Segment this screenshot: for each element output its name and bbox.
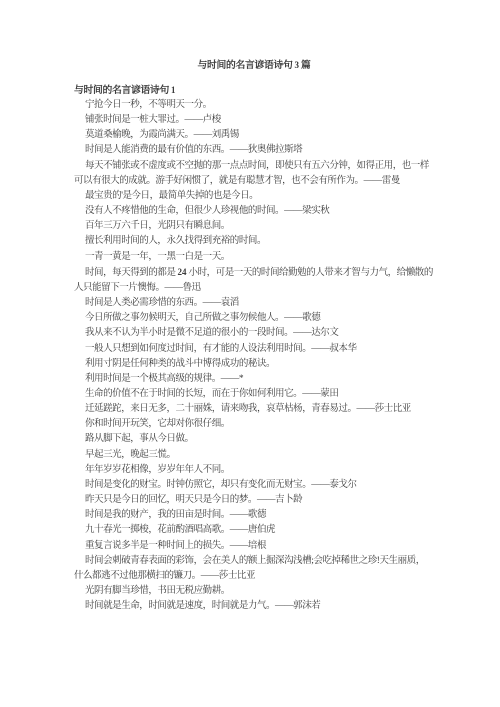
quote-line: 利用时间是一个极其高级的规律。——* (74, 372, 434, 387)
quote-line: 年年岁岁花相像，岁岁年年人不同。 (74, 463, 434, 478)
quote-line: 可以有很大的成就。游手好闲惯了，就是有聪慧才智，也不会有所作为。——雷曼 (74, 174, 434, 189)
quote-line: 时间，每天得到的都是24小时，可是一天的时间给勤勉的人带来才智与力气，给懒散的 (74, 265, 434, 281)
quote-line: 利用寸阴是任何种类的战斗中博得成功的秘诀。 (74, 357, 434, 372)
document-title: 与时间的名言谚语诗句3篇 (74, 58, 434, 73)
quote-line: 路从脚下起，事从今日做。 (74, 432, 434, 447)
quote-line: 时间是变化的财宝。时钟仿照它，却只有变化而无财宝。——泰戈尔 (74, 478, 434, 493)
document-page: 与时间的名言谚语诗句3篇 与时间的名言谚语诗句1 宁抢今日一秒，不等明天一分。铺… (0, 0, 500, 707)
quote-line: 光阴有脚当珍惜，书田无税应勤耕。 (74, 584, 434, 599)
quote-list: 宁抢今日一秒，不等明天一分。铺张时间是一桩大罪过。——卢梭莫道桑榆晚，为霞尚满天… (74, 98, 434, 614)
document-body: 与时间的名言谚语诗句3篇 与时间的名言谚语诗句1 宁抢今日一秒，不等明天一分。铺… (74, 58, 434, 614)
quote-line: 什么都逃不过他那横扫的镰刀。——莎士比亚 (74, 569, 434, 584)
quote-line: 最宝贵的'是今日，最简单失掉的也是今日。 (74, 189, 434, 204)
quote-line: 重复言说多半是一种时间上的损失。——培根 (74, 539, 434, 554)
section-heading: 与时间的名言谚语诗句1 (74, 83, 434, 98)
quote-line: 宁抢今日一秒，不等明天一分。 (74, 98, 434, 113)
quote-line: 你和时间开玩笑，它却对你很仔细。 (74, 417, 434, 432)
quote-line: 迁延蹉跎，来日无多，二十丽姝，请来吻我，哀草枯杨，青春易过。——莎士比亚 (74, 402, 434, 417)
quote-line: 九十春光一掷梭，花前酌酒唱高歌。——唐伯虎 (74, 523, 434, 538)
quote-line: 每天不铺张或不虚度或不空抛的那一点点时间，即使只有五六分钟，如得正用，也一样 (74, 159, 434, 174)
quote-line: 时间就是生命，时间就是速度，时间就是力气。——郭沫若 (74, 599, 434, 614)
quote-line: 莫道桑榆晚，为霞尚满天。——刘禹锡 (74, 128, 434, 143)
quote-line: 今日所做之事勿候明天，自己所做之事勿候他人。——歌德 (74, 311, 434, 326)
quote-line: 生命的价值不在于时间的长短，而在于你如何利用它。——蒙田 (74, 387, 434, 402)
quote-line: 一青一黄是一年，一黑一白是一天。 (74, 250, 434, 265)
quote-line: 没有人不疼惜他的生命，但很少人珍视他的时间。——梁实秋 (74, 204, 434, 219)
quote-line: 擅长利用时间的人，永久找得到充裕的时间。 (74, 234, 434, 249)
quote-line: 我从来不认为半小时是微不足道的很小的一段时间。——达尔文 (74, 326, 434, 341)
quote-line: 时间是人类必需珍惜的东西。——袁滔 (74, 296, 434, 311)
quote-line: 人只能留下一片懊悔。——鲁迅 (74, 281, 434, 296)
quote-line: 时间是人能消费的最有价值的东西。——狄奥佛拉斯塔 (74, 143, 434, 158)
quote-line: 时间是我的财产，我的田亩是时间。——歌德 (74, 508, 434, 523)
quote-line: 一般人只想到如何度过时间，有才能的人设法利用时间。——叔本华 (74, 342, 434, 357)
quote-line: 铺张时间是一桩大罪过。——卢梭 (74, 113, 434, 128)
quote-line: 昨天只是今日的回忆，明天只是今日的梦。——吉卜龄 (74, 493, 434, 508)
quote-line: 时间会刺破青春表面的彩饰，会在美人的额上掘深沟浅槽;会吃掉稀世之珍!天生丽质， (74, 554, 434, 569)
quote-line: 早起三光，晚起三慌。 (74, 448, 434, 463)
quote-line: 百年三万六千日，光阴只有瞬息间。 (74, 219, 434, 234)
